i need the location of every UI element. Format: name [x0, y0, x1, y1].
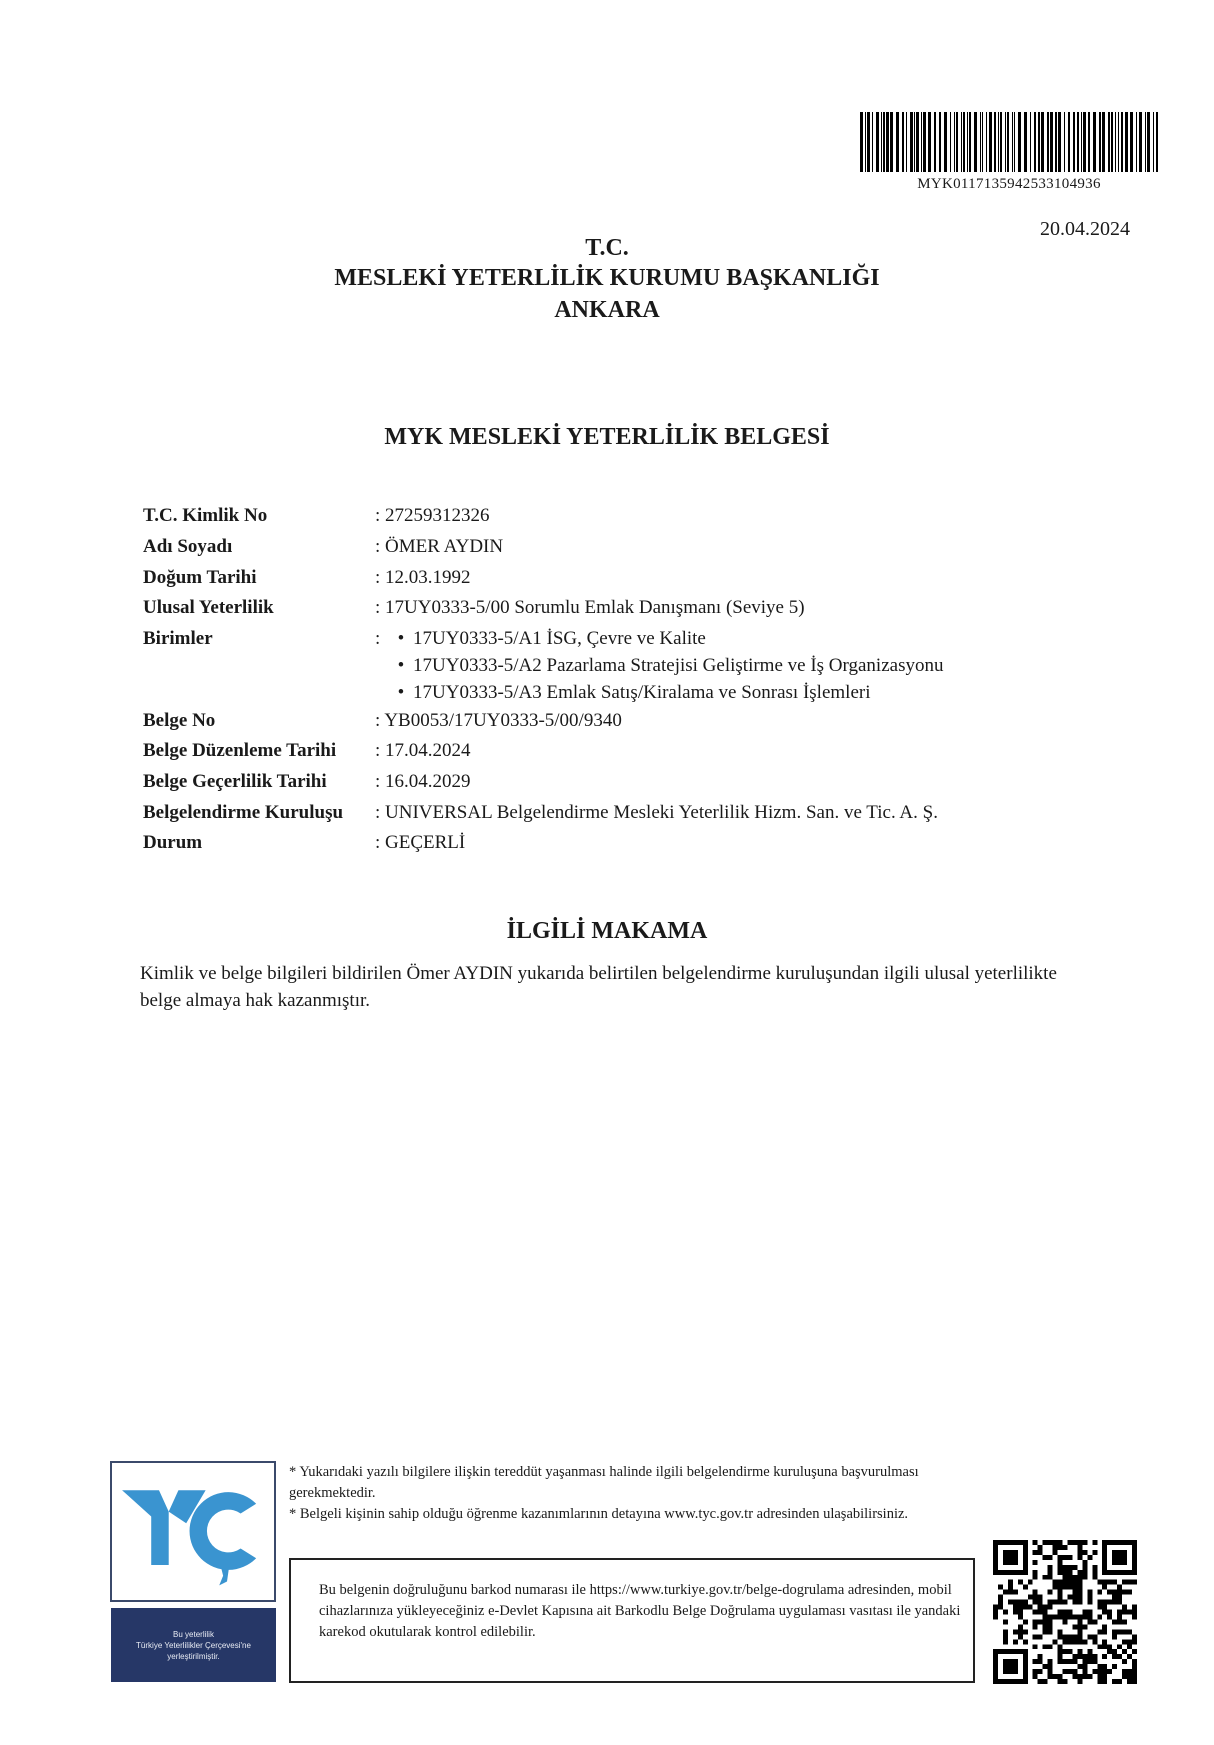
field-value: : 12.03.1992: [375, 567, 471, 589]
field-label: Doğum Tarihi: [143, 567, 375, 589]
bullet-icon: •: [389, 652, 413, 679]
list-item: •17UY0333-5/A2 Pazarlama Stratejisi Geli…: [375, 652, 943, 679]
tyc-logo-icon: [112, 1463, 274, 1600]
field-label: Belge Düzenleme Tarihi: [143, 740, 375, 762]
field-label: Birimler: [143, 628, 375, 650]
field-birth-date: Doğum Tarihi: 12.03.1992: [143, 567, 471, 589]
footnotes: * Yukarıdaki yazılı bilgilere ilişkin te…: [289, 1462, 989, 1525]
header-tc: T.C.: [0, 235, 1214, 262]
field-label: Belge No: [143, 710, 375, 732]
field-qualification: Ulusal Yeterlilik: 17UY0333-5/00 Sorumlu…: [143, 597, 805, 619]
units-list: :•17UY0333-5/A1 İSG, Çevre ve Kalite •17…: [375, 625, 943, 706]
header-institution: MESLEKİ YETERLİLİK KURUMU BAŞKANLIĞI: [0, 265, 1214, 292]
field-doc-no: Belge No: YB0053/17UY0333-5/00/9340: [143, 710, 622, 732]
field-units: Birimler: [143, 628, 375, 650]
footnote-2: * Belgeli kişinin sahip olduğu öğrenme k…: [289, 1504, 989, 1525]
field-cert-body: Belgelendirme Kuruluşu: UNIVERSAL Belgel…: [143, 802, 938, 824]
field-label: Belgelendirme Kuruluşu: [143, 802, 375, 824]
field-label: Ulusal Yeterlilik: [143, 597, 375, 619]
verification-box: Bu belgenin doğruluğunu barkod numarası …: [289, 1558, 975, 1683]
qr-code-icon: [993, 1540, 1137, 1684]
bullet-icon: •: [389, 679, 413, 706]
field-valid-until: Belge Geçerlilik Tarihi: 16.04.2029: [143, 771, 471, 793]
field-tc-no: T.C. Kimlik No: 27259312326: [143, 505, 490, 527]
tyc-logo: [110, 1461, 276, 1602]
status-badge: : GEÇERLİ: [375, 832, 465, 854]
field-name: Adı Soyadı: ÖMER AYDIN: [143, 536, 503, 558]
barcode-number: MYK0117135942533104936: [860, 176, 1158, 193]
field-label: Adı Soyadı: [143, 536, 375, 558]
bullet-icon: •: [389, 625, 413, 652]
tyc-banner: Bu yeterlilik Türkiye Yeterlilikler Çerç…: [111, 1608, 276, 1682]
barcode: [860, 112, 1158, 172]
statement-text: Kimlik ve belge bilgileri bildirilen Öme…: [140, 960, 1080, 1014]
list-item: •17UY0333-5/A3 Emlak Satış/Kiralama ve S…: [375, 679, 943, 706]
document-title: MYK MESLEKİ YETERLİLİK BELGESİ: [0, 424, 1214, 451]
field-value: : 17.04.2024: [375, 740, 471, 762]
section-title: İLGİLİ MAKAMA: [0, 918, 1214, 945]
field-status: Durum: GEÇERLİ: [143, 832, 465, 854]
field-value: : ÖMER AYDIN: [375, 536, 503, 558]
header-city: ANKARA: [0, 297, 1214, 324]
field-value: : YB0053/17UY0333-5/00/9340: [375, 710, 622, 732]
field-value: : 17UY0333-5/00 Sorumlu Emlak Danışmanı …: [375, 597, 805, 619]
field-issue-date: Belge Düzenleme Tarihi: 17.04.2024: [143, 740, 471, 762]
field-value: : 16.04.2029: [375, 771, 471, 793]
field-value: : UNIVERSAL Belgelendirme Mesleki Yeterl…: [375, 802, 938, 824]
field-value: : 27259312326: [375, 505, 490, 527]
footnote-1: * Yukarıdaki yazılı bilgilere ilişkin te…: [289, 1462, 989, 1504]
field-label: Belge Geçerlilik Tarihi: [143, 771, 375, 793]
field-label: T.C. Kimlik No: [143, 505, 375, 527]
field-label: Durum: [143, 832, 375, 854]
list-item: :•17UY0333-5/A1 İSG, Çevre ve Kalite: [375, 625, 943, 652]
